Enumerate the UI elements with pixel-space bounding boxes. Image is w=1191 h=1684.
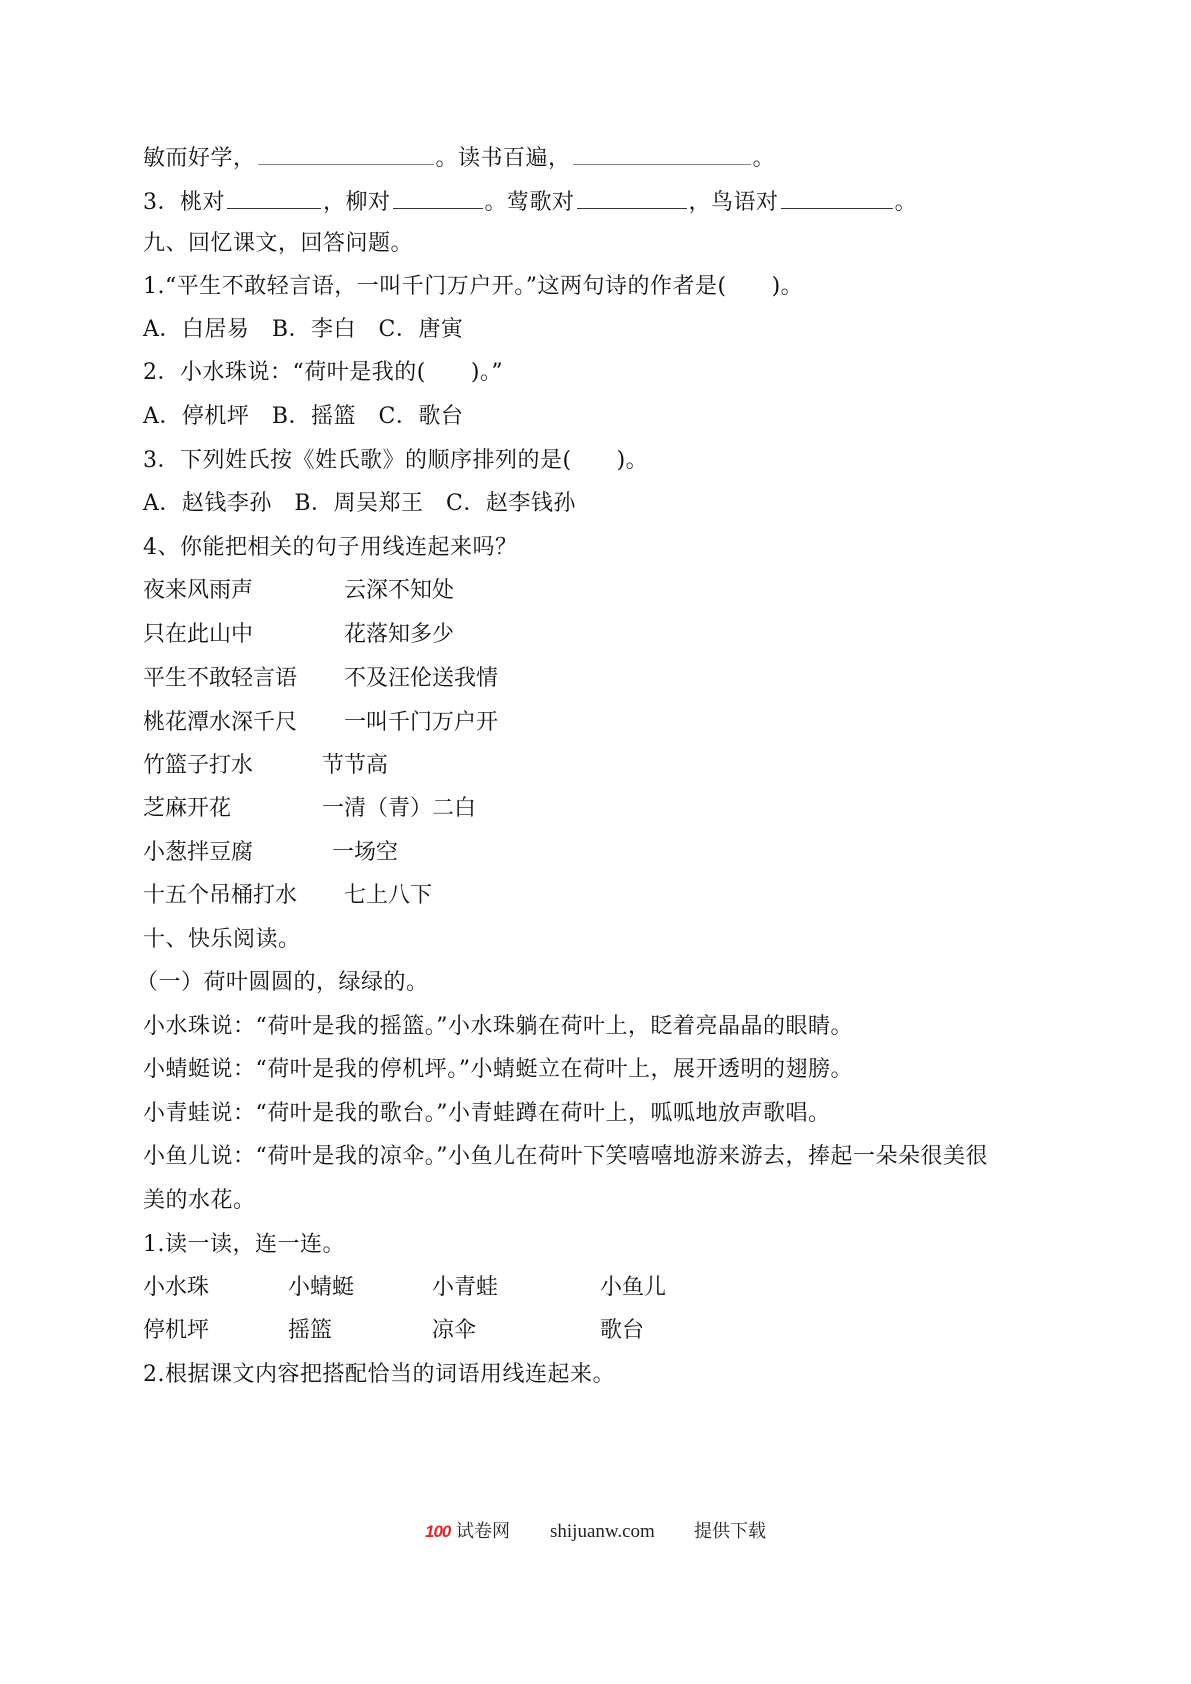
passage-paragraph: 小蜻蜓说：“荷叶是我的停机坪。”小蜻蜓立在荷叶上，展开透明的翅膀。 — [143, 1055, 853, 1085]
passage-title: （一）荷叶圆圆的，绿绿的。 — [136, 968, 429, 998]
match-left-item[interactable]: 芝麻开花 — [143, 794, 231, 824]
question-stem: 1.“平生不敢轻言语，一叫千门万户开。”这两句诗的作者是( )。 — [143, 272, 803, 302]
match-bottom-item[interactable]: 凉伞 — [432, 1316, 476, 1346]
answer-blank[interactable] — [577, 186, 687, 209]
question-stem: 3．下列姓氏按《姓氏歌》的顺序排列的是( )。 — [143, 446, 648, 476]
site-name: 试卷网 — [456, 1520, 510, 1544]
exam-page: 敏而好学，。读书百遍，。 3．桃对，柳对。莺歌对，鸟语对。 九、回忆课文，回答问… — [0, 0, 1191, 1684]
text: 。 — [753, 146, 776, 171]
match-left-item[interactable]: 小葱拌豆腐 — [143, 838, 253, 868]
passage-paragraph: 小水珠说：“荷叶是我的摇篮。”小水珠躺在荷叶上，眨着亮晶晶的眼睛。 — [143, 1012, 853, 1042]
match-top-item[interactable]: 小水珠 — [143, 1273, 209, 1303]
text: 。莺歌对 — [485, 190, 575, 215]
question-stem: 1.读一读，连一连。 — [143, 1230, 345, 1260]
match-right-item[interactable]: 花落知多少 — [344, 620, 454, 650]
footer-note: 提供下载 — [694, 1520, 766, 1544]
answer-blank[interactable] — [393, 186, 483, 209]
text: 。读书百遍， — [436, 146, 571, 171]
match-right-item[interactable]: 不及汪伦送我情 — [344, 664, 498, 694]
fill-blank-line-proverb: 敏而好学，。读书百遍，。 — [143, 142, 775, 174]
question-stem: 2．小水珠说：“荷叶是我的( )。” — [143, 358, 503, 388]
match-top-item[interactable]: 小鱼儿 — [600, 1273, 666, 1303]
question-stem: 2.根据课文内容把搭配恰当的词语用线连起来。 — [143, 1360, 615, 1390]
answer-blank[interactable] — [781, 186, 893, 209]
question-options: A．赵钱李孙 B．周吴郑王 C．赵李钱孙 — [143, 489, 576, 519]
question-options: A．停机坪 B．摇篮 C．歌台 — [143, 402, 463, 432]
match-right-item[interactable]: 云深不知处 — [344, 576, 454, 606]
passage-paragraph: 小鱼儿说：“荷叶是我的凉伞。”小鱼儿在荷叶下笑嘻嘻地游来游去，捧起一朵朵很美很 — [143, 1142, 988, 1172]
match-left-item[interactable]: 桃花潭水深千尺 — [143, 708, 297, 738]
text: 。 — [895, 190, 918, 215]
passage-paragraph-continued: 美的水花。 — [143, 1186, 256, 1216]
text: 桃对 — [180, 190, 225, 215]
match-left-item[interactable]: 十五个吊桶打水 — [143, 881, 297, 911]
match-top-item[interactable]: 小青蛙 — [432, 1273, 498, 1303]
match-left-item[interactable]: 只在此山中 — [143, 620, 253, 650]
text: 敏而好学， — [143, 146, 256, 171]
answer-blank[interactable] — [227, 186, 321, 209]
match-bottom-item[interactable]: 停机坪 — [143, 1316, 209, 1346]
match-left-item[interactable]: 夜来风雨声 — [143, 576, 253, 606]
match-left-item[interactable]: 竹篮子打水 — [143, 751, 253, 781]
section-heading: 九、回忆课文，回答问题。 — [143, 229, 413, 259]
match-bottom-item[interactable]: 摇篮 — [288, 1316, 332, 1346]
question-number: 3． — [143, 190, 180, 215]
fill-blank-line-couplet: 3．桃对，柳对。莺歌对，鸟语对。 — [143, 186, 917, 218]
match-bottom-item[interactable]: 歌台 — [600, 1316, 644, 1346]
answer-blank[interactable] — [573, 142, 751, 165]
match-right-item[interactable]: 一清（青）二白 — [322, 794, 476, 824]
answer-blank[interactable] — [258, 142, 434, 165]
match-left-item[interactable]: 平生不敢轻言语 — [143, 664, 297, 694]
site-domain-link[interactable]: shijuanw.com — [550, 1520, 655, 1544]
match-top-item[interactable]: 小蜻蜓 — [288, 1273, 354, 1303]
question-options: A．白居易 B．李白 C．唐寅 — [143, 315, 463, 345]
match-right-item[interactable]: 七上八下 — [344, 881, 432, 911]
question-stem: 4、你能把相关的句子用线连起来吗？ — [143, 533, 518, 563]
text: ，柳对 — [323, 190, 391, 215]
match-right-item[interactable]: 节节高 — [322, 751, 388, 781]
section-heading: 十、快乐阅读。 — [143, 925, 301, 955]
text: ，鸟语对 — [689, 190, 779, 215]
match-right-item[interactable]: 一叫千门万户开 — [344, 708, 498, 738]
match-right-item[interactable]: 一场空 — [332, 838, 398, 868]
site-logo-icon: 100 — [425, 1520, 450, 1544]
passage-paragraph: 小青蛙说：“荷叶是我的歌台。”小青蛙蹲在荷叶上，呱呱地放声歌唱。 — [143, 1099, 831, 1129]
